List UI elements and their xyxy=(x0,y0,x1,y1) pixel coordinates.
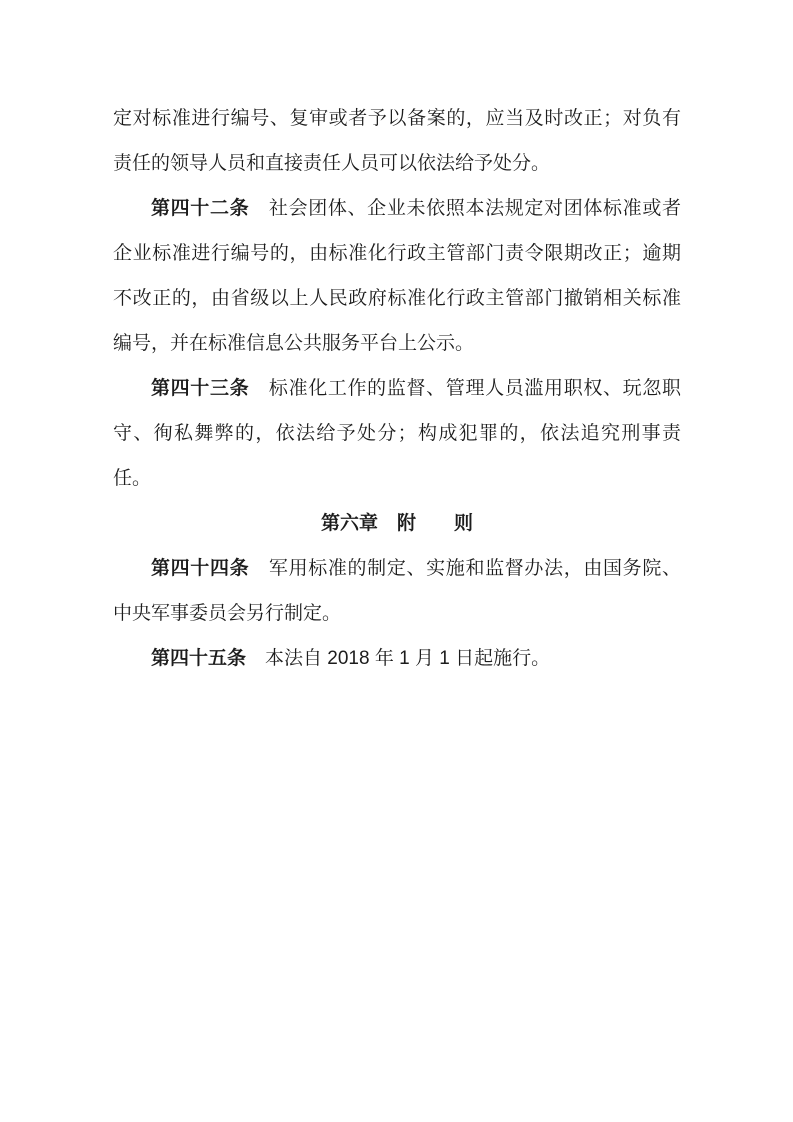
article-42-text: 社会团体、企业未依照本法规定对团体标准或者企业标准进行编号的，由标准化行政主管部… xyxy=(113,198,681,354)
article-43-number: 第四十三条 xyxy=(151,378,269,399)
paragraph-article-45: 第四十五条 本法自 2018 年 1 月 1 日起施行。 xyxy=(113,636,681,681)
article-42-number: 第四十二条 xyxy=(151,198,269,219)
chapter-heading-text: 第六章 附 则 xyxy=(321,513,473,534)
article-45-number: 第四十五条 xyxy=(151,648,265,669)
paragraph-continuation: 定对标准进行编号、复审或者予以备案的，应当及时改正；对负有责任的领导人员和直接责… xyxy=(113,96,681,186)
article-45-text: 本法自 2018 年 1 月 1 日起施行。 xyxy=(265,648,550,669)
paragraph-article-44: 第四十四条 军用标准的制定、实施和监督办法，由国务院、中央军事委员会另行制定。 xyxy=(113,546,681,636)
paragraph-article-43: 第四十三条 标准化工作的监督、管理人员滥用职权、玩忽职守、徇私舞弊的，依法给予处… xyxy=(113,366,681,501)
article-44-number: 第四十四条 xyxy=(151,558,269,579)
document-page: 定对标准进行编号、复审或者予以备案的，应当及时改正；对负有责任的领导人员和直接责… xyxy=(0,0,793,1122)
paragraph-continuation-text: 定对标准进行编号、复审或者予以备案的，应当及时改正；对负有责任的领导人员和直接责… xyxy=(113,108,681,174)
paragraph-article-42: 第四十二条 社会团体、企业未依照本法规定对团体标准或者企业标准进行编号的，由标准… xyxy=(113,186,681,366)
chapter-heading: 第六章 附 则 xyxy=(113,501,681,546)
